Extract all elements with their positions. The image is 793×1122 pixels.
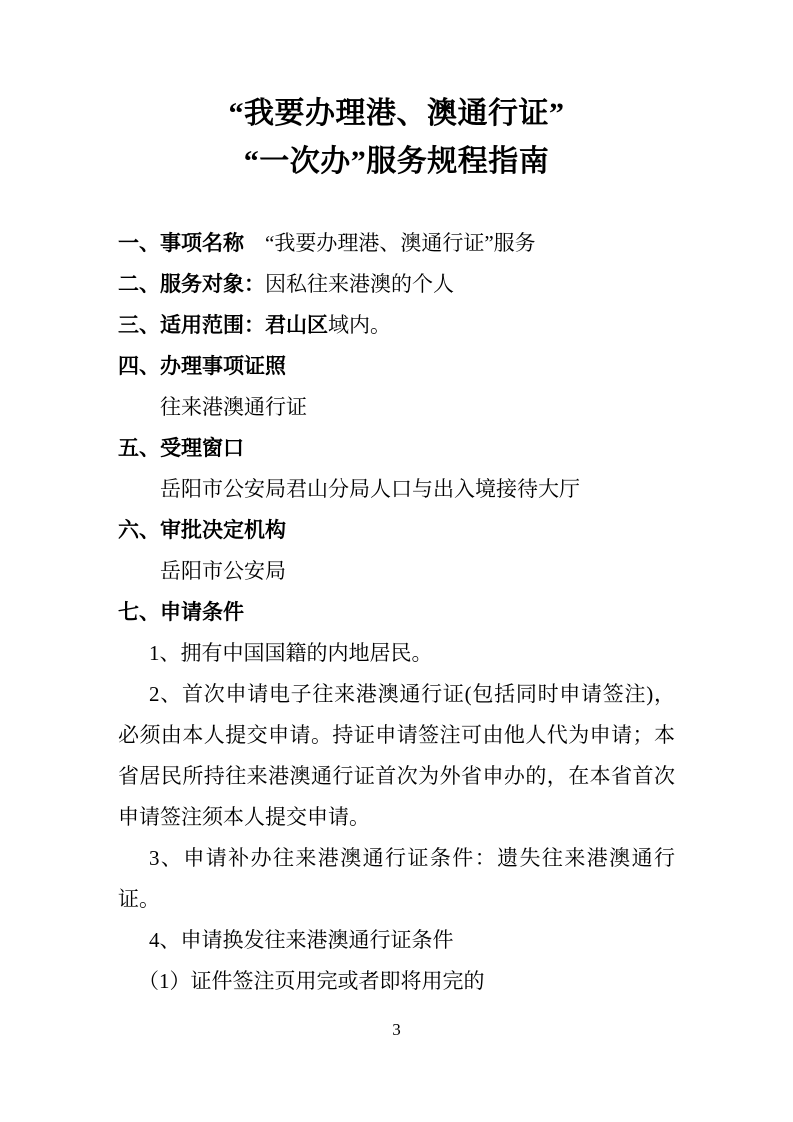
- section-heading-2: 二、服务对象：因私往来港澳的个人: [118, 264, 675, 305]
- page-number: 3: [0, 1020, 793, 1040]
- section-5-content: 岳阳市公安局君山分局人口与出入境接待大厅: [118, 469, 675, 510]
- section-heading-1: 一、事项名称 “我要办理港、澳通行证”服务: [118, 223, 675, 264]
- section-heading-5: 五、受理窗口: [118, 428, 675, 469]
- section-2-text: 因私往来港澳的个人: [265, 272, 454, 296]
- condition-item-3: 3、申请补办往来港澳通行证条件：遗失往来港澳通行证。: [118, 838, 675, 920]
- section-3-label: 三、适用范围：君山区: [118, 313, 328, 337]
- condition-item-1: 1、拥有中国国籍的内地居民。: [118, 633, 675, 674]
- section-6-label: 六、审批决定机构: [118, 518, 286, 542]
- document-page: “我要办理港、澳通行证” “一次办”服务规程指南 一、事项名称 “我要办理港、澳…: [0, 0, 793, 1122]
- condition-item-4-sub-1: （1）证件签注页用完或者即将用完的: [118, 961, 675, 1002]
- section-heading-6: 六、审批决定机构: [118, 510, 675, 551]
- section-heading-7: 七、申请条件: [118, 592, 675, 633]
- section-heading-4: 四、办理事项证照: [118, 346, 675, 387]
- document-body: 一、事项名称 “我要办理港、澳通行证”服务 二、服务对象：因私往来港澳的个人 三…: [118, 223, 675, 1002]
- section-2-label: 二、服务对象：: [118, 272, 265, 296]
- section-3-text: 域内。: [328, 313, 391, 337]
- document-title-line2: “一次办”服务规程指南: [0, 138, 793, 186]
- section-4-content: 往来港澳通行证: [118, 387, 675, 428]
- section-6-content: 岳阳市公安局: [118, 551, 675, 592]
- condition-item-2: 2、首次申请电子往来港澳通行证(包括同时申请签注)，必须由本人提交申请。持证申请…: [118, 674, 675, 838]
- section-heading-3: 三、适用范围：君山区域内。: [118, 305, 675, 346]
- section-4-label: 四、办理事项证照: [118, 354, 286, 378]
- condition-item-4: 4、申请换发往来港澳通行证条件: [118, 920, 675, 961]
- document-title-line1: “我要办理港、澳通行证”: [0, 90, 793, 138]
- section-5-label: 五、受理窗口: [118, 436, 244, 460]
- section-7-label: 七、申请条件: [118, 600, 244, 624]
- section-1-label: 一、事项名称: [118, 231, 244, 255]
- section-1-text: “我要办理港、澳通行证”服务: [244, 231, 536, 255]
